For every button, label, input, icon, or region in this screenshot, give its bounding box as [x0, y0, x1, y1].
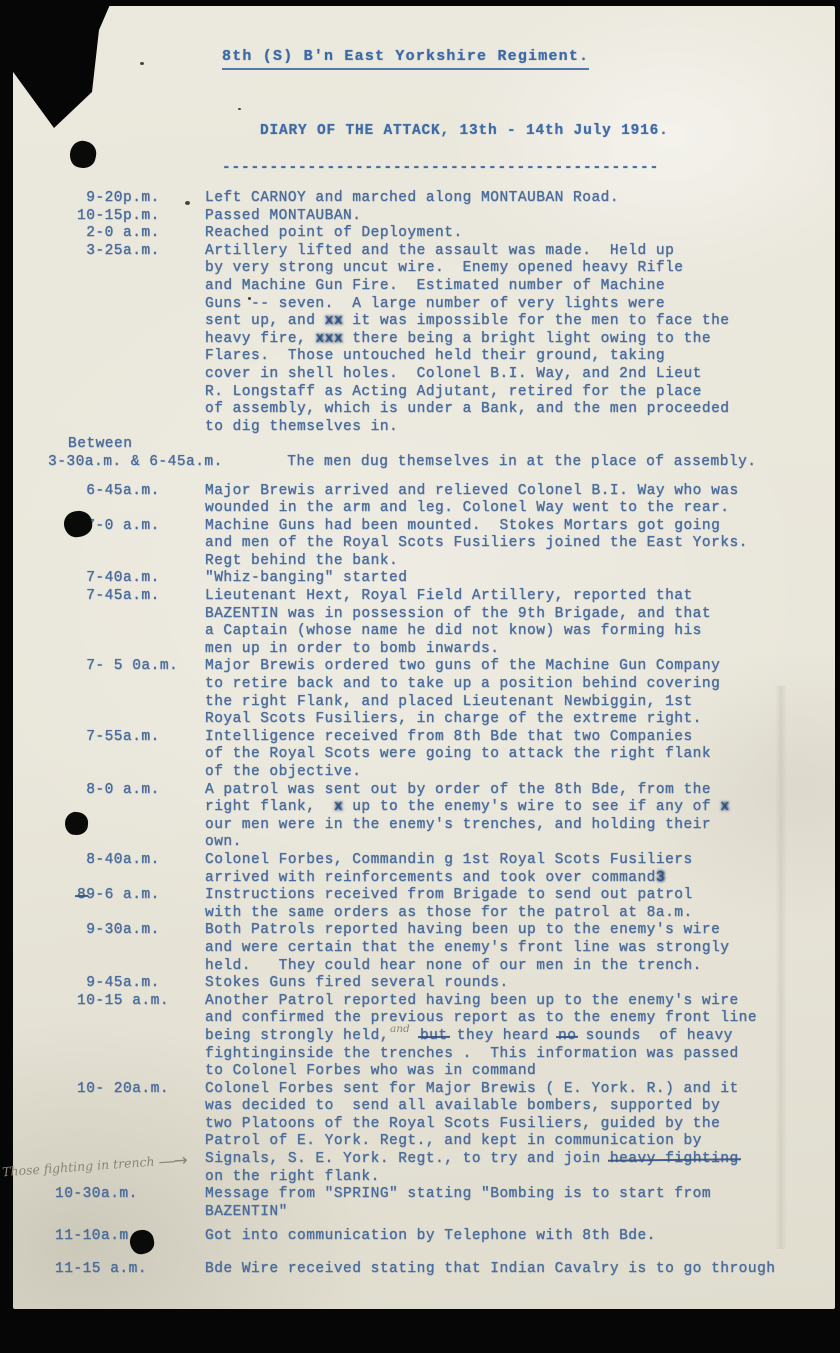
entry-text: A patrol was sent out by order of the 8t…: [205, 782, 835, 852]
diary-entries: 9-20p.m.Left CARNOY and marched along MO…: [13, 190, 835, 1279]
diary-entry: 8-40a.m.Colonel Forbes, Commandin g 1st …: [13, 852, 835, 887]
entry-text: Instructions received from Brigade to se…: [205, 887, 835, 922]
entry-text: Intelligence received from 8th Bde that …: [205, 729, 835, 782]
diary-entry: 89-6 a.m.Instructions received from Brig…: [13, 887, 835, 922]
diary-entry: 3-25a.m.Artillery lifted and the assault…: [13, 243, 835, 437]
entry-time: 10- 20a.m.: [77, 1081, 205, 1099]
entry-time: 11-15 a.m.: [55, 1261, 205, 1279]
entry-time: 89-6 a.m.: [77, 887, 205, 905]
entry-text: Left CARNOY and marched along MONTAUBAN …: [205, 190, 835, 208]
entry-text: Both Patrols reported having been up to …: [205, 922, 835, 975]
entry-text: Colonel Forbes, Commandin g 1st Royal Sc…: [205, 852, 835, 887]
diary-entry: 7-45a.m.Lieutenant Hext, Royal Field Art…: [13, 588, 835, 658]
entry-time: 9-30a.m.: [77, 922, 205, 940]
overtyped-correction: x: [334, 799, 343, 815]
diary-entry: 7- 5 0a.m.Major Brewis ordered two guns …: [13, 658, 835, 728]
diary-entry: 10-15 a.m.Another Patrol reported having…: [13, 993, 835, 1081]
diary-entry: 8-0 a.m.A patrol was sent out by order o…: [13, 782, 835, 852]
entry-time: 9-20p.m.: [77, 190, 205, 208]
overtyped-correction: 3: [656, 870, 665, 886]
entry-time: 10-30a.m.: [55, 1186, 205, 1204]
entry-text: Got into communication by Telephone with…: [205, 1228, 835, 1246]
entry-text: Artillery lifted and the assault was mad…: [205, 243, 835, 437]
paper-speck: [238, 108, 241, 110]
photo-of-document: { "photo": { "background_color": "#06060…: [0, 0, 840, 1353]
entry-time: 10-15p.m.: [77, 208, 205, 226]
diary-entry: 9-45a.m.Stokes Guns fired several rounds…: [13, 975, 835, 993]
entry-text: Stokes Guns fired several rounds.: [205, 975, 835, 993]
entry-between-label: Between: [13, 436, 835, 454]
entry-text: Bde Wire received stating that Indian Ca…: [205, 1261, 835, 1279]
diary-entry: 7-40a.m."Whiz-banging" started: [13, 570, 835, 588]
margin-note-arrow-icon: —→: [158, 1151, 187, 1173]
diary-entry: 3-30a.m. & 6-45a.m. The men dug themselv…: [13, 454, 835, 472]
document-page: 8th (S) B'n East Yorkshire Regiment. DIA…: [13, 6, 835, 1309]
entry-text: Another Patrol reported having been up t…: [205, 993, 835, 1081]
overtyped-correction: xxx: [315, 331, 343, 347]
struck-text: 8: [77, 887, 86, 903]
diary-entry: 7-0 a.m.Machine Guns had been mounted. S…: [13, 518, 835, 571]
entry-time: 9-45a.m.: [77, 975, 205, 993]
entry-text: Machine Guns had been mounted. Stokes Mo…: [205, 518, 835, 571]
diary-entry: 10-15p.m.Passed MONTAUBAN.: [13, 208, 835, 226]
entry-text: Colonel Forbes sent for Major Brewis ( E…: [205, 1081, 835, 1187]
subtitle-text: DIARY OF THE ATTACK, 13th - 14th July 19…: [260, 123, 669, 139]
entry-time: 7-55a.m.: [77, 729, 205, 747]
entry-time: 8-0 a.m.: [77, 782, 205, 800]
diary-entry: 9-30a.m.Both Patrols reported having bee…: [13, 922, 835, 975]
entry-time: 7-0 a.m.: [77, 518, 205, 536]
entry-text: Major Brewis arrived and relieved Colone…: [205, 483, 835, 518]
struck-text: heavy fighting: [610, 1151, 739, 1167]
entry-time: 3-25a.m.: [77, 243, 205, 261]
overtyped-correction: xx: [325, 313, 343, 329]
struck-text: no: [558, 1028, 576, 1044]
entry-time: 7-40a.m.: [77, 570, 205, 588]
entry-text: Lieutenant Hext, Royal Field Artillery, …: [205, 588, 835, 658]
pencil-insertion: and: [390, 1023, 410, 1035]
overtyped-correction: x: [720, 799, 729, 815]
diary-entry: 6-45a.m.Major Brewis arrived and relieve…: [13, 483, 835, 518]
paper-speck: [140, 62, 144, 65]
entry-text: Message from "SPRING" stating "Bombing i…: [205, 1186, 835, 1221]
entry-time: 2-0 a.m.: [77, 225, 205, 243]
struck-text: but: [420, 1028, 448, 1044]
subtitle-underline: ----------------------------------------…: [222, 159, 669, 178]
entry-text: Passed MONTAUBAN.: [205, 208, 835, 226]
diary-entry: 10-30a.m.Message from "SPRING" stating "…: [13, 1186, 835, 1221]
entry-time: 8-40a.m.: [77, 852, 205, 870]
entry-time: 7- 5 0a.m.: [77, 658, 205, 676]
entry-time: 7-45a.m.: [77, 588, 205, 606]
diary-entry: 7-55a.m.Intelligence received from 8th B…: [13, 729, 835, 782]
paper-speck: [248, 297, 251, 300]
paper-speck: [185, 201, 190, 205]
entry-text: "Whiz-banging" started: [205, 570, 835, 588]
diary-entry: 2-0 a.m.Reached point of Deployment.: [13, 225, 835, 243]
diary-entry: 9-20p.m.Left CARNOY and marched along MO…: [13, 190, 835, 208]
entry-text: Reached point of Deployment.: [205, 225, 835, 243]
entry-time: 10-15 a.m.: [77, 993, 205, 1011]
diary-entry: 11-15 a.m.Bde Wire received stating that…: [13, 1261, 835, 1279]
entry-text: Major Brewis ordered two guns of the Mac…: [205, 658, 835, 728]
entry-time: 6-45a.m.: [77, 483, 205, 501]
document-title: 8th (S) B'n East Yorkshire Regiment.: [222, 48, 589, 70]
